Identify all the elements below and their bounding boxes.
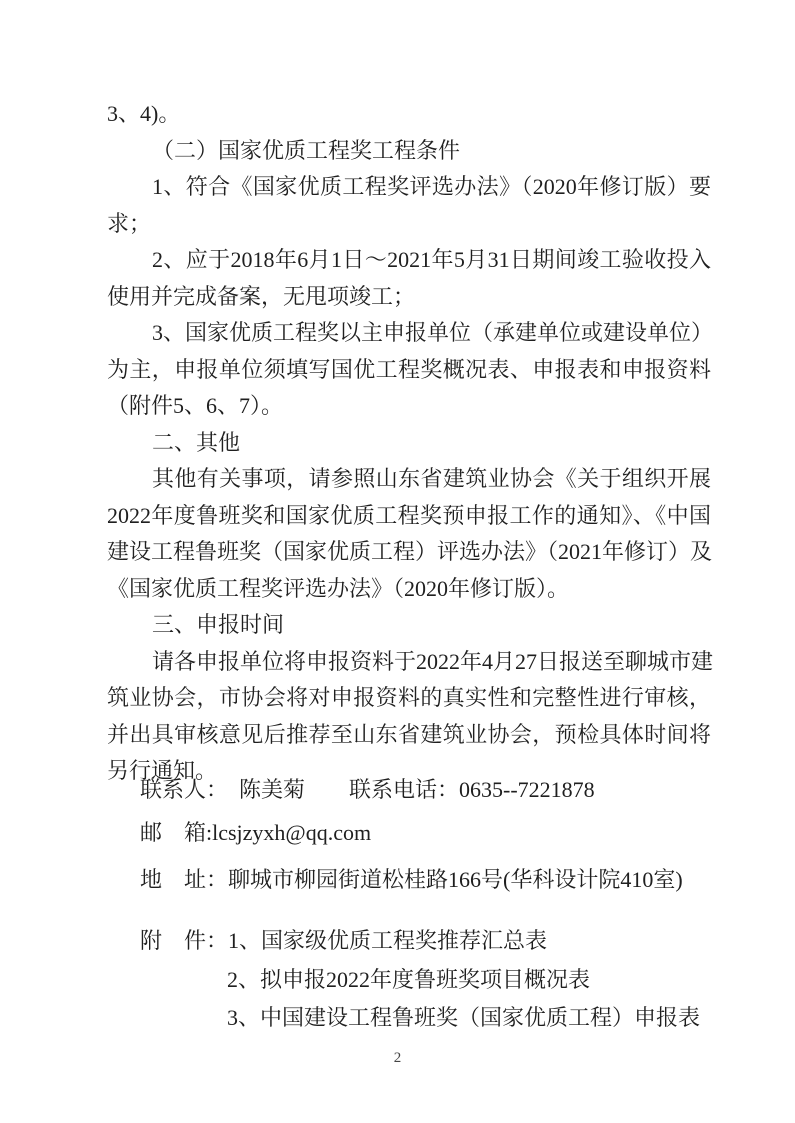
condition-item3-line2: 为主，申报单位须填写国优工程奖概况表、申报表和申报资料 xyxy=(107,352,711,389)
condition-item1-line2: 求； xyxy=(107,206,711,243)
page-number: 2 xyxy=(0,1050,795,1067)
section-heading-other: 二、其他 xyxy=(107,425,711,462)
para-apply-time-line2: 筑业协会，市协会将对申报资料的真实性和完整性进行审核， xyxy=(107,680,711,717)
subsection-heading-guoyou-conditions: （二）国家优质工程奖工程条件 xyxy=(107,133,711,170)
condition-item3-line3: （附件5、6、7）。 xyxy=(107,388,711,425)
para-other-line3: 建设工程鲁班奖（国家优质工程）评选办法》（2021年修订）及 xyxy=(107,534,711,571)
para-other-line1: 其他有关事项，请参照山东省建筑业协会《关于组织开展 xyxy=(107,461,711,498)
para-other-line4: 《国家优质工程奖评选办法》（2020年修订版）。 xyxy=(107,571,711,608)
contact-person-phone-line: 联系人： 陈美菊 联系电话：0635--7221878 xyxy=(107,772,711,809)
attachment-item3: 3、中国建设工程鲁班奖（国家优质工程）申报表 xyxy=(107,1000,711,1037)
para-apply-time-line1: 请各申报单位将申报资料于2022年4月27日报送至聊城市建 xyxy=(107,644,711,681)
condition-item3-line1: 3、国家优质工程奖以主申报单位（承建单位或建设单位） xyxy=(107,315,711,352)
attachments-label-item1: 附 件：1、国家级优质工程奖推荐汇总表 xyxy=(107,923,711,960)
para-apply-time-line3: 并出具审核意见后推荐至山东省建筑业协会，预检具体时间将 xyxy=(107,717,711,754)
document-body: 3、4)。 （二）国家优质工程奖工程条件 1、符合《国家优质工程奖评选办法》（2… xyxy=(107,96,711,1037)
para-end-3-4: 3、4)。 xyxy=(107,96,711,133)
condition-item2-line1: 2、应于2018年6月1日～2021年5月31日期间竣工验收投入 xyxy=(107,242,711,279)
contact-address-line: 地 址：聊城市柳园街道松桂路166号(华科设计院410室) xyxy=(107,862,711,899)
document-page: 3、4)。 （二）国家优质工程奖工程条件 1、符合《国家优质工程奖评选办法》（2… xyxy=(0,0,795,1123)
contact-email-line: 邮 箱:lcsjzyxh@qq.com xyxy=(107,815,711,852)
section-heading-apply-time: 三、申报时间 xyxy=(107,607,711,644)
condition-item1-line1: 1、符合《国家优质工程奖评选办法》（2020年修订版）要 xyxy=(107,169,711,206)
attachment-item2: 2、拟申报2022年度鲁班奖项目概况表 xyxy=(107,962,711,999)
para-other-line2: 2022年度鲁班奖和国家优质工程奖预申报工作的通知》、《中国 xyxy=(107,498,711,535)
condition-item2-line2: 使用并完成备案，无甩项竣工； xyxy=(107,279,711,316)
